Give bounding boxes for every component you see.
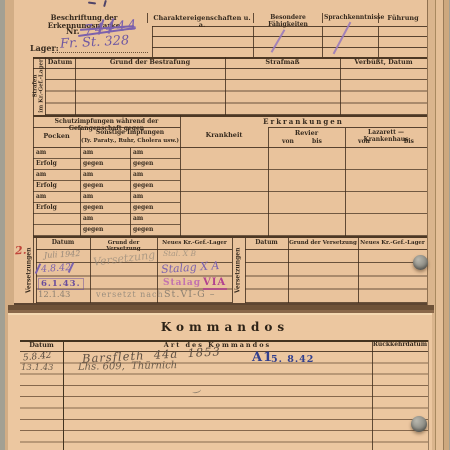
erkrankungen-revier-header: Revier: [268, 130, 345, 137]
impfungen-cell-label: Erfolg: [36, 161, 57, 168]
traits-grid-line: [378, 26, 379, 57]
versetzungen-lager-header: Neues Kr.-Gef.-Lager: [157, 240, 232, 246]
strafen-datum-header: Datum: [45, 59, 75, 66]
impfungen-cell-label: gegen: [83, 205, 103, 212]
margin-note: 2.: [15, 245, 27, 257]
impfungen-cell-label: gegen: [133, 227, 153, 234]
impfungen-grid-line: [180, 115, 181, 236]
traits-grid-line: [152, 47, 427, 48]
revier-von-label: von: [282, 139, 294, 146]
lazarett-von-label: von: [358, 139, 370, 146]
section-line: [33, 115, 427, 117]
impfungen-cell-label: Erfolg: [36, 183, 57, 190]
impfungen-cell-label: gegen: [133, 183, 153, 190]
impfungen-cell-label: gegen: [83, 183, 103, 190]
traits-grid-line: [152, 26, 427, 27]
versetzung-entry-datum: 12.1.43: [38, 291, 70, 300]
impfungen-title-underline: [33, 127, 180, 128]
impfungen-cell-label: am: [133, 216, 143, 223]
versetzungen-grid-line: [358, 238, 359, 303]
impfungen-cell-label: am: [83, 216, 93, 223]
impfungen-sonstige-header: Sonstige Impfungen: [80, 130, 180, 137]
impfungen-cell-label: am: [36, 150, 46, 157]
kommando-entry-art: Lhs. 609, Thürnich: [78, 361, 177, 373]
versetzungen-grid-line: [90, 238, 91, 303]
kommando-return-stamp-prefix: A1: [252, 350, 273, 365]
impfungen-cell-label: am: [133, 150, 143, 157]
impfungen-cell-label: am: [83, 194, 93, 201]
traits-characteristics-header: Charaktereigenschaften u. a.: [152, 15, 252, 29]
versetzungen-side-label-mid: Versetzungen: [232, 238, 245, 303]
versetzung-entry-lager: St.VI-G –: [164, 290, 216, 300]
kommandos-title: Kommandos: [125, 321, 325, 334]
impfungen-cell-label: gegen: [133, 205, 153, 212]
header-separator: [378, 13, 379, 23]
impfungen-cell-label: gegen: [83, 161, 103, 168]
impfungen-grid-line: [80, 128, 81, 236]
erkrankungen-krankheit-header: Krankheit: [180, 132, 268, 139]
impfungen-grid-line: [130, 148, 131, 236]
kommando-return-stamp-date: 5. 8.42: [271, 354, 314, 365]
erkrankungen-row-lines: [180, 148, 427, 236]
traits-grid-line: [152, 26, 153, 57]
kommandos-grid-line: [372, 340, 373, 450]
strafen-verbuesst-header: Verbüßt, Datum: [340, 59, 427, 66]
kommandos-grid-line: [428, 340, 429, 450]
versetzung-entry-lager-stamp: Stalag: [163, 278, 201, 288]
traits-conduct-header: Führung: [380, 15, 426, 22]
impfungen-cell-label: am: [133, 172, 143, 179]
versetzungen-datum-header: Datum: [245, 240, 288, 247]
strafen-strafmass-header: Strafmaß: [225, 59, 340, 66]
strafen-side-label: Strafen im Kr.-Gef.-Lager: [33, 57, 45, 115]
traits-grid-line: [152, 36, 427, 37]
traits-languages-header: Sprachkenntnisse: [324, 15, 376, 22]
strafen-side-label-line2: im Kr.-Gef.-Lager: [39, 59, 45, 112]
impfungen-cell-label: am: [83, 150, 93, 157]
versetzungen-grid-line: [245, 238, 246, 303]
impfungen-cell-label: am: [36, 172, 46, 179]
impfungen-cell-label: gegen: [133, 161, 153, 168]
versetzung-entry-lager: Stal. X B: [163, 250, 196, 258]
versetzungen-grund-header: Grund der Versetzung: [288, 240, 358, 246]
erkrankungen-title: Erkrankungen: [180, 118, 427, 126]
section-line: [33, 236, 427, 238]
versetzung-entry-datum-stamp: 6.1.43.: [38, 278, 84, 290]
header-separator: [322, 13, 323, 23]
versetzungen-side-label-text: Versetzungen: [27, 248, 34, 294]
kommando-entry-datum: 13.1.43: [21, 364, 53, 373]
erkrankungen-grid-line: [345, 128, 346, 236]
impfungen-cell-label: am: [36, 194, 46, 201]
kommandos-rueckkehr-header: Rückkehrdatum: [372, 342, 428, 349]
punch-hole: [411, 416, 427, 432]
versetzung-entry-grund: versetzt nach: [96, 291, 164, 299]
impfungen-cell-label: am: [83, 172, 93, 179]
header-separator: [253, 13, 254, 23]
header-separator: [147, 13, 148, 23]
erkrankungen-grid-line: [268, 128, 269, 236]
impfungen-cell-label: gegen: [83, 227, 103, 234]
versetzung-entry-lager-stamp-unit: VIA: [203, 277, 226, 288]
strafen-row-lines: [45, 68, 427, 115]
impfungen-pocken-header: Pocken: [33, 133, 80, 140]
erkrankungen-title-underline: [268, 127, 427, 128]
kommandos-datum-header: Datum: [20, 342, 63, 349]
versetzungen-lager-header: Neues Kr.-Gef.-Lager: [358, 240, 427, 246]
impfungen-cell-label: am: [133, 194, 143, 201]
strafen-grund-header: Grund der Bestrafung: [75, 59, 225, 66]
scanned-pow-record: Beschriftung der Erkennungsmarke Charakt…: [0, 0, 450, 450]
kommandos-grid-line: [63, 340, 64, 450]
traits-grid-line: [253, 26, 254, 57]
revier-bis-label: bis: [312, 139, 322, 146]
impfungen-sonstige-subheader: (Ty. Paraty., Ruhr, Cholera usw.): [80, 138, 180, 144]
impfungen-cell-label: Erfolg: [36, 205, 57, 212]
versetzungen-row-lines: [245, 250, 427, 303]
punch-hole: [413, 255, 428, 270]
versetzungen-datum-header: Datum: [36, 240, 90, 247]
page-edge-right-3: [443, 0, 449, 450]
versetzungen-grid-line: [288, 238, 289, 303]
lager-value-handwriting: Fr. St. 328: [60, 34, 130, 51]
versetzungen-side-label-text: Versetzungen: [235, 248, 242, 294]
lazarett-bis-label: bis: [404, 139, 414, 146]
versetzungen-grid-line: [232, 238, 233, 303]
versetzung-entry-datum: 4.8.42: [41, 263, 72, 275]
traits-grid-line: [322, 26, 323, 57]
